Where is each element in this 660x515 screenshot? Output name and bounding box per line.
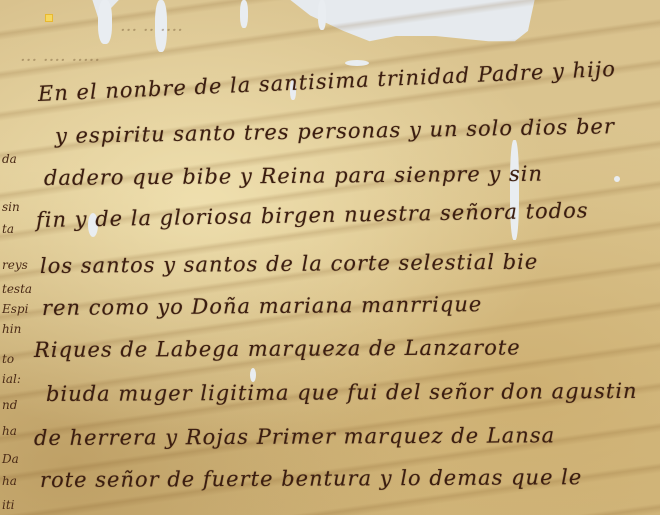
worm-hole <box>240 0 248 28</box>
manuscript-line-9: de herrera y Rojas Primer marquez de Lan… <box>34 423 555 450</box>
worm-hole <box>318 0 326 30</box>
worm-hole <box>250 368 256 382</box>
faint-text-line: ··· ···· ····· <box>20 50 100 71</box>
worm-hole <box>98 0 112 44</box>
margin-note: Espi <box>2 302 28 316</box>
margin-note: ta <box>2 222 14 236</box>
manuscript-line-7: Riques de Labega marqueza de Lanzarote <box>34 335 521 362</box>
margin-note: ial: <box>2 372 21 386</box>
margin-note: nd <box>2 398 17 412</box>
margin-note: sin <box>2 200 20 214</box>
margin-note: hin <box>2 322 21 336</box>
manuscript-line-6: ren como yo Doña mariana manrrique <box>42 292 482 320</box>
margin-note: iti <box>2 498 15 512</box>
margin-note: ha <box>2 424 17 438</box>
margin-note: Da <box>2 452 19 466</box>
worm-hole <box>510 140 519 240</box>
manuscript-line-10: rote señor de fuerte bentura y lo demas … <box>40 465 582 492</box>
yellow-marker <box>45 14 53 22</box>
margin-note: to <box>2 352 14 366</box>
faint-text-line: ··· ·· ···· <box>120 20 183 41</box>
margin-note: testa <box>2 282 32 296</box>
margin-note: reys <box>2 258 28 272</box>
manuscript-line-3: dadero que bibe y Reina para sienpre y s… <box>44 162 543 190</box>
worm-hole <box>345 60 369 66</box>
margin-note: da <box>2 152 17 166</box>
worm-hole <box>614 176 620 182</box>
margin-note: ha <box>2 474 17 488</box>
manuscript-line-5: los santos y santos de la corte selestia… <box>40 250 538 278</box>
manuscript-line-8: biuda muger ligitima que fui del señor d… <box>46 379 638 406</box>
